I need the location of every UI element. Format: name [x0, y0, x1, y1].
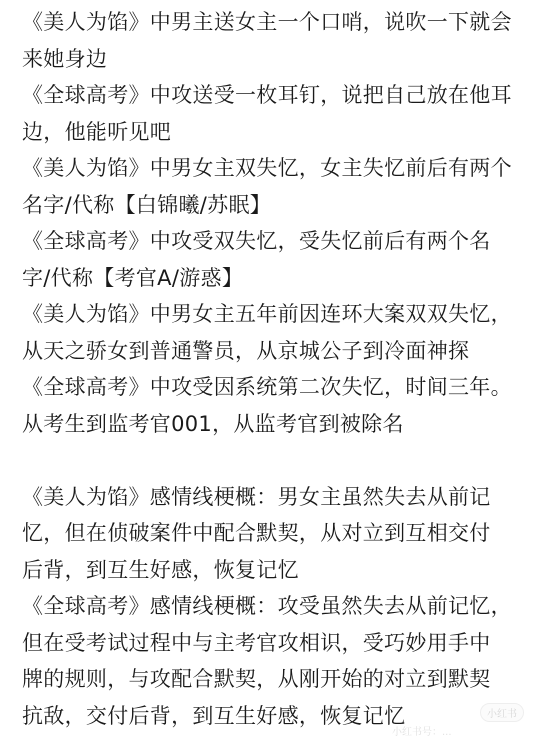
- text-line: 《全球高考》中攻受双失忆，受失忆前后有两个名: [22, 223, 522, 260]
- paragraph-7: 《美人为馅》感情线梗概：男女主虽然失去从前记 忆，但在侦破案件中配合默契，从对立…: [22, 479, 522, 589]
- paragraph-6: 《全球高考》中攻受因系统第二次失忆，时间三年。 从考生到监考官001，从监考官到…: [22, 369, 522, 442]
- text-line: 《美人为馅》中男主送女主一个口哨，说吹一下就会: [22, 4, 522, 41]
- paragraph-1: 《美人为馅》中男主送女主一个口哨，说吹一下就会 来她身边: [22, 4, 522, 77]
- watermark-badge: 小红书: [480, 703, 524, 722]
- text-line: 边，他能听见吧: [22, 114, 522, 151]
- text-line: 《美人为馅》感情线梗概：男女主虽然失去从前记: [22, 479, 522, 516]
- text-line: 《全球高考》中攻受因系统第二次失忆，时间三年。: [22, 369, 522, 406]
- text-line: 名字/代称【白锦曦/苏眠】: [22, 187, 522, 224]
- text-line: 但在受考试过程中与主考官攻相识，受巧妙用手中: [22, 625, 522, 662]
- watermark-id: 小红书号：...: [392, 723, 452, 738]
- blank-line: [22, 442, 522, 479]
- text-line: 牌的规则，与攻配合默契，从刚开始的对立到默契: [22, 661, 522, 698]
- paragraph-2: 《全球高考》中攻送受一枚耳钉，说把自己放在他耳 边，他能听见吧: [22, 77, 522, 150]
- text-line: 《美人为馅》中男女主五年前因连环大案双双失忆，: [22, 296, 522, 333]
- text-line: 后背，到互生好感，恢复记忆: [22, 552, 522, 589]
- paragraph-5: 《美人为馅》中男女主五年前因连环大案双双失忆， 从天之骄女到普通警员，从京城公子…: [22, 296, 522, 369]
- document-body: 《美人为馅》中男主送女主一个口哨，说吹一下就会 来她身边 《全球高考》中攻送受一…: [22, 4, 522, 734]
- text-line: 字/代称【考官A/游惑】: [22, 260, 522, 297]
- text-line: 从天之骄女到普通警员，从京城公子到冷面神探: [22, 333, 522, 370]
- text-line: 来她身边: [22, 41, 522, 78]
- text-line: 从考生到监考官001，从监考官到被除名: [22, 406, 522, 443]
- paragraph-4: 《全球高考》中攻受双失忆，受失忆前后有两个名 字/代称【考官A/游惑】: [22, 223, 522, 296]
- paragraph-8: 《全球高考》感情线梗概：攻受虽然失去从前记忆， 但在受考试过程中与主考官攻相识，…: [22, 588, 522, 734]
- paragraph-3: 《美人为馅》中男女主双失忆，女主失忆前后有两个 名字/代称【白锦曦/苏眠】: [22, 150, 522, 223]
- text-line: 《美人为馅》中男女主双失忆，女主失忆前后有两个: [22, 150, 522, 187]
- text-line: 《全球高考》中攻送受一枚耳钉，说把自己放在他耳: [22, 77, 522, 114]
- text-line: 《全球高考》感情线梗概：攻受虽然失去从前记忆，: [22, 588, 522, 625]
- text-line: 忆，但在侦破案件中配合默契，从对立到互相交付: [22, 515, 522, 552]
